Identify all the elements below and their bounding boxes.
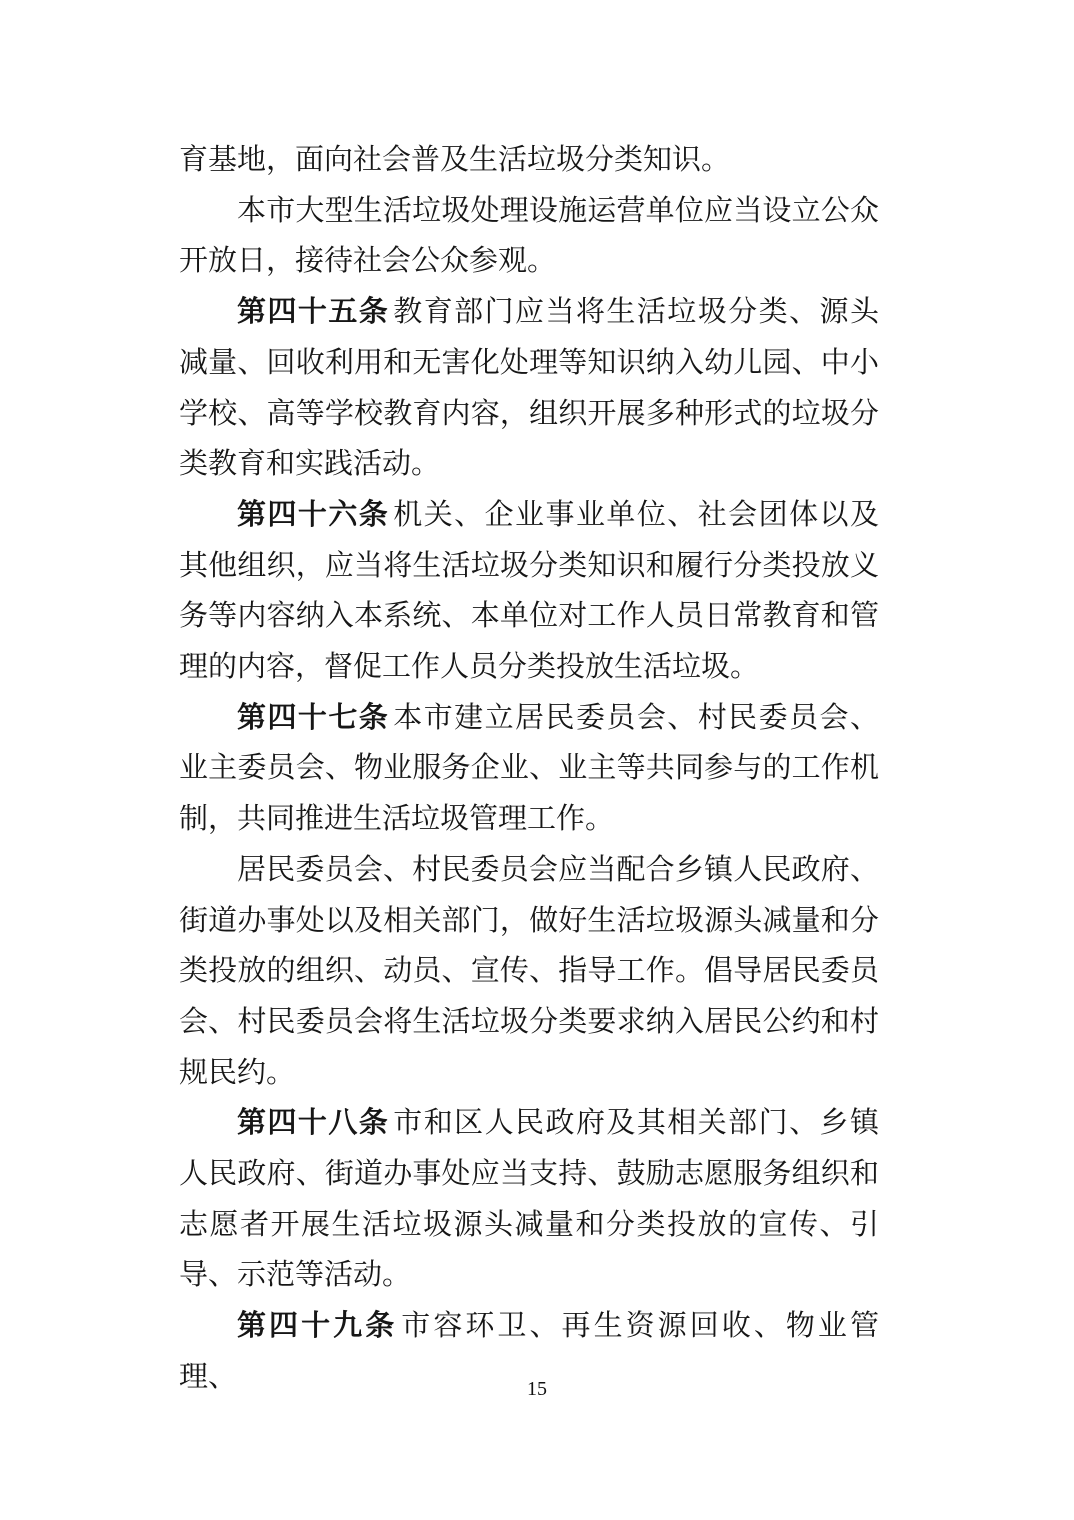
paragraph-text: 本市大型生活垃圾处理设施运营单位应当设立公众开放日，接待社会公众参观。 [179, 193, 879, 278]
paragraph: 居民委员会、村民委员会应当配合乡镇人民政府、街道办事处以及相关部门，做好生活垃圾… [179, 844, 879, 1098]
paragraph: 第四十八条市和区人民政府及其相关部门、乡镇人民政府、街道办事处应当支持、鼓励志愿… [179, 1097, 879, 1300]
paragraph: 第四十五条教育部门应当将生活垃圾分类、源头减量、回收利用和无害化处理等知识纳入幼… [179, 286, 879, 489]
paragraph: 育基地，面向社会普及生活垃圾分类知识。 [179, 134, 879, 185]
paragraph-text: 育基地，面向社会普及生活垃圾分类知识。 [179, 142, 730, 176]
paragraph: 第四十六条机关、企业事业单位、社会团体以及其他组织，应当将生活垃圾分类知识和履行… [179, 489, 879, 692]
document-body: 育基地，面向社会普及生活垃圾分类知识。本市大型生活垃圾处理设施运营单位应当设立公… [179, 134, 879, 1402]
article-number: 第四十五条 [237, 294, 389, 328]
article-number: 第四十六条 [237, 497, 389, 531]
paragraph-text: 居民委员会、村民委员会应当配合乡镇人民政府、街道办事处以及相关部门，做好生活垃圾… [179, 852, 879, 1089]
paragraph: 第四十七条本市建立居民委员会、村民委员会、业主委员会、物业服务企业、业主等共同参… [179, 692, 879, 844]
article-number: 第四十九条 [237, 1308, 397, 1342]
article-number: 第四十八条 [237, 1105, 389, 1139]
paragraph: 本市大型生活垃圾处理设施运营单位应当设立公众开放日，接待社会公众参观。 [179, 185, 879, 286]
page-number: 15 [0, 1378, 1074, 1401]
article-number: 第四十七条 [237, 700, 389, 734]
document-page: 育基地，面向社会普及生活垃圾分类知识。本市大型生活垃圾处理设施运营单位应当设立公… [0, 0, 1074, 1520]
